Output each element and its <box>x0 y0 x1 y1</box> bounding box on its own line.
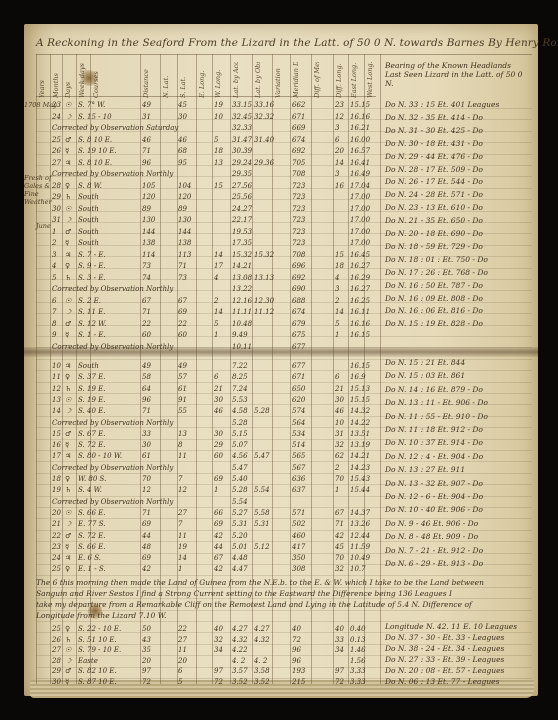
cell-nl: 30 <box>178 113 187 121</box>
cell-long: 16.16 <box>350 320 370 328</box>
cell-long: 15.43 <box>350 475 370 483</box>
cell-course: S. 8 10 E. <box>78 159 112 167</box>
cell-lato: 32.32 <box>254 113 274 121</box>
cell-nl: 95 <box>178 159 187 167</box>
cell-dl: 16 <box>335 182 344 190</box>
cell-dist: 12 <box>142 486 151 494</box>
cell-wl: 10 <box>214 113 223 121</box>
cell-md: 708 <box>292 170 305 178</box>
cell-wl: 1 <box>214 486 218 494</box>
cell-dist: 33 <box>142 430 151 438</box>
log-row: 25♂S. 8 10 E.4646531.4731.40674616.00 <box>36 136 380 147</box>
log-row: 27♃S. 8 10 E.96951329.2429.367051416.41 <box>36 159 380 170</box>
cell-long: 16.27 <box>350 285 370 293</box>
cell-dl: 14 <box>335 308 344 316</box>
cell-wl: 46 <box>214 407 223 415</box>
bearing-entry: Do N. 23 - 13 Et. 610 - Do <box>385 203 483 212</box>
correction-row: Corrected by Observation Northly5.54 <box>36 498 380 509</box>
cell-wl: 21 <box>214 385 223 393</box>
cell-long: 13.51 <box>350 430 370 438</box>
cell-long: 17.00 <box>350 193 370 201</box>
cell-lato: 31.40 <box>254 136 274 144</box>
cell-lat: 4.27 <box>232 625 248 633</box>
cell-course: S. 19 E. <box>78 396 105 404</box>
bearing-entry: Longitude N. 42. 11 E. 10 Leagues <box>385 622 517 631</box>
log-row: 28♀S. 8 W.1051041527.567231617.04 <box>36 182 380 193</box>
log-row: 28☽Easte20204. 24. 2961.56 <box>36 657 380 668</box>
bearing-entry: Do N. 15 : 19 Et. 828 - Do <box>385 319 483 328</box>
cell-course: S. 4 W. <box>78 486 102 494</box>
cell-dist: 58 <box>142 373 151 381</box>
cell-lato: 12.30 <box>254 297 274 305</box>
cell-dist: 114 <box>142 251 155 259</box>
cell-lato: 11.12 <box>254 308 274 316</box>
cell-wd: ♂ <box>65 320 71 328</box>
column-header: Meridian Distance <box>292 62 310 98</box>
bearing-entry: Do N. 38 - 24 - Et. 34 - Leagues <box>385 644 504 653</box>
cell-md: 723 <box>292 228 305 236</box>
bearing-entry: Do N. 11 : 55 - Et. 910 - Do <box>385 412 488 421</box>
cell-day: 30 <box>52 205 61 213</box>
cell-dl: 45 <box>335 543 344 551</box>
cell-day: 2 <box>52 239 56 247</box>
cell-dl: 2 <box>335 297 339 305</box>
cell-day: 31 <box>52 216 61 224</box>
cell-nl: 11 <box>178 646 187 654</box>
column-header: Distance <box>142 62 159 98</box>
bearing-entry: Do N. 29 - 44 Et. 476 - Do <box>385 152 483 161</box>
cell-wd: ☽ <box>65 657 71 665</box>
cell-dist: 22 <box>142 320 151 328</box>
cell-lat: 32.33 <box>232 124 252 132</box>
cell-md: 460 <box>292 532 305 540</box>
cell-day: 12 <box>52 385 61 393</box>
cell-lato: 5.58 <box>254 509 270 517</box>
cell-day: 25 <box>52 136 61 144</box>
cell-lat: 5.54 <box>232 498 248 506</box>
bearing-entry: Do N. 26 - 17 Et. 544 - Do <box>385 177 483 186</box>
bearing-entry: Do N. 33 : 15 Et. 401 Leagues <box>385 100 499 109</box>
cell-dist: 96 <box>142 396 151 404</box>
cell-long: 16.41 <box>350 159 370 167</box>
cell-course: S. 72 E. <box>78 532 105 540</box>
bearing-entry: Do N. 6 - 29 - Et. 913 - Do <box>385 559 483 568</box>
cell-course: S. 11 E. <box>78 308 105 316</box>
cell-long: 16.45 <box>350 251 370 259</box>
column-header: Lat. by Account <box>232 62 251 98</box>
cell-md: 688 <box>292 297 305 305</box>
cell-long: 16.11 <box>350 308 370 316</box>
cell-dist: 30 <box>142 441 151 449</box>
cell-dl: 3 <box>335 285 339 293</box>
cell-day: 18 <box>52 475 61 483</box>
cell-lat: 25.56 <box>232 193 252 201</box>
cell-md: 692 <box>292 274 305 282</box>
cell-lat: 12.16 <box>232 297 252 305</box>
cell-lato: 15.32 <box>254 251 274 259</box>
bearing-entry: Do N. 21 - 35 Et. 650 - Do <box>385 216 483 225</box>
cell-md: 677 <box>292 343 305 351</box>
cell-wl: 2 <box>214 297 218 305</box>
cell-nl: 11 <box>178 532 187 540</box>
cell-dl: 6 <box>335 373 339 381</box>
column-header: Months <box>52 62 61 98</box>
log-row: 22♂S. 72 E.4411425.204604212.44 <box>36 532 380 543</box>
cell-dist: 60 <box>142 331 151 339</box>
cell-dist: 71 <box>142 308 151 316</box>
cell-md: 215 <box>292 678 305 686</box>
cell-wl: 97 <box>214 667 223 675</box>
cell-long: 16.00 <box>350 136 370 144</box>
bearing-entry: Do N. 32 - 35 Et. 414 - Do <box>385 113 483 122</box>
cell-md: 677 <box>292 362 305 370</box>
cell-day: 19 <box>52 486 61 494</box>
log-row: 30☉South898924.2772317.00 <box>36 205 380 216</box>
correction-note: Corrected by Observation Northly <box>52 285 173 293</box>
correction-note: Corrected by Observation Northly <box>52 170 173 178</box>
column-header: Courses <box>92 62 139 98</box>
cell-wd: ☿ <box>65 441 69 449</box>
cell-day: 26 <box>52 636 61 644</box>
bearing-entry: Do N. 8 - 48 Et. 909 - Do <box>385 532 478 541</box>
cell-wd: ☽ <box>65 113 71 121</box>
correction-row: Corrected by Observation Northly10.11677 <box>36 343 380 354</box>
cell-lat: 4.58 <box>232 407 248 415</box>
cell-dist: 43 <box>142 636 151 644</box>
cell-course: E. 77 S. <box>78 520 105 528</box>
cell-md: 674 <box>292 308 305 316</box>
log-row: 9☿S. 1 - E.606019.49675116.15 <box>36 331 380 342</box>
cell-nl: 11 <box>178 452 187 460</box>
cell-lat: 3.57 <box>232 667 248 675</box>
cell-lato: 4.32 <box>254 636 270 644</box>
cell-lato: 3.58 <box>254 667 270 675</box>
cell-lat: 5.27 <box>232 509 248 517</box>
bearing-entry: Do N. 16 : 06 Et. 816 - Do <box>385 306 483 315</box>
cell-nl: 22 <box>178 625 187 633</box>
narrative-line: Longitude from the Lizard 7.10 W. <box>36 611 166 620</box>
cell-nl: 8 <box>178 441 182 449</box>
cell-lat: 29.24 <box>232 159 252 167</box>
cell-dist: 48 <box>142 543 151 551</box>
cell-long: 15.15 <box>350 396 370 404</box>
bearing-entry: Do N. 17 : 26 : Et. 768 - Do <box>385 268 488 277</box>
cell-lat: 4. 2 <box>232 657 245 665</box>
cell-md: 723 <box>292 205 305 213</box>
cell-lato: 5.12 <box>254 543 270 551</box>
cell-lato: 33.16 <box>254 101 274 109</box>
log-row: 27☉S. 79 - 10 E.3511344.2296341.46 <box>36 646 380 657</box>
cell-dl: 30 <box>335 396 344 404</box>
cell-course: S. 80 - 10 W. <box>78 452 122 460</box>
bearing-entry: Do N. 13 - 32 Et. 907 - Do <box>385 479 483 488</box>
cell-wd: ♄ <box>65 486 71 494</box>
cell-dl: 31 <box>335 430 344 438</box>
cell-dist: 44 <box>142 532 151 540</box>
cell-wl: 14 <box>214 308 223 316</box>
correction-row: Corrected by Observation Northly13.22690… <box>36 285 380 296</box>
cell-wd: ♄ <box>65 193 71 201</box>
correction-note: Corrected by Observation Saturday <box>52 124 178 132</box>
bearing-entry: Do N. 12 : 4 - Et. 904 - Do <box>385 452 483 461</box>
cell-wd: ♀ <box>65 475 70 483</box>
bearings-header: Bearing of the Known Headlands Last Seen… <box>385 61 525 88</box>
cell-nl: 71 <box>178 262 187 270</box>
cell-day: 21 <box>52 520 61 528</box>
cell-day: 1 <box>52 228 56 236</box>
bearing-entry: Do N. 7 - 21 - Et. 912 - Do <box>385 546 483 555</box>
cell-md: 534 <box>292 430 305 438</box>
cell-nl: 67 <box>178 297 187 305</box>
cell-lato: 4. 2 <box>254 657 267 665</box>
cell-lat: 31.47 <box>232 136 252 144</box>
cell-wl: 30 <box>214 430 223 438</box>
cell-md: 96 <box>292 657 301 665</box>
cell-wd: ♃ <box>65 452 71 460</box>
cell-nl: 61 <box>178 385 187 393</box>
cell-nl: 68 <box>178 147 187 155</box>
cell-course: S. 9 - E. <box>78 262 106 270</box>
cell-nl: 73 <box>178 274 187 282</box>
log-row: 25♀E. 1 - S.421424.473083210.7 <box>36 565 380 576</box>
cell-wd: ☉ <box>65 297 71 305</box>
cell-wl: 13 <box>214 159 223 167</box>
cell-md: 637 <box>292 486 305 494</box>
cell-lat: 27.56 <box>232 182 252 190</box>
cell-dist: 31 <box>142 113 151 121</box>
cell-day: 23 <box>52 101 61 109</box>
cell-course: S. 7 - E. <box>78 251 106 259</box>
cell-md: 708 <box>292 251 305 259</box>
cell-md: 574 <box>292 407 305 415</box>
cell-nl: 89 <box>178 205 187 213</box>
cell-course: E. 1 - S. <box>78 565 106 573</box>
cell-dist: 49 <box>142 101 151 109</box>
cell-md: 502 <box>292 520 305 528</box>
cell-day: 16 <box>52 441 61 449</box>
log-row: 24☽S. 15 - 1031301032.4532.326711216.16 <box>36 113 380 124</box>
cell-lat: 5.15 <box>232 430 248 438</box>
cell-wl: 69 <box>214 475 223 483</box>
cell-wl: 60 <box>214 452 223 460</box>
cell-dl: 46 <box>335 407 344 415</box>
bearing-entry: Do N. 06 : 13 Et. 77 - Leagues <box>385 677 499 686</box>
cell-nl: 138 <box>178 239 191 247</box>
cell-lat: 5.20 <box>232 532 248 540</box>
cell-nl: 130 <box>178 216 191 224</box>
bearing-entry: Do N. 27 : 33 - Et. 39 - Leagues <box>385 655 504 664</box>
cell-md: 72 <box>292 636 301 644</box>
cell-lat: 5.40 <box>232 475 248 483</box>
log-row: 13☉S. 19 E.9691305.536203015.15 <box>36 396 380 407</box>
log-row: 1♂South14414419.5372317.00 <box>36 228 380 239</box>
cell-dist: 74 <box>142 274 151 282</box>
cell-day: 22 <box>52 532 61 540</box>
cell-wd: ☽ <box>65 216 71 224</box>
cell-dist: 71 <box>142 147 151 155</box>
cell-day: 29 <box>52 667 61 675</box>
cell-md: 662 <box>292 101 305 109</box>
cell-dl: 5 <box>335 320 339 328</box>
cell-dist: 69 <box>142 554 151 562</box>
cell-md: 514 <box>292 441 305 449</box>
cell-dist: 105 <box>142 182 155 190</box>
cell-wd: ♀ <box>65 262 70 270</box>
cell-wl: 29 <box>214 441 223 449</box>
cell-long: 16.21 <box>350 124 370 132</box>
column-header: Week days <box>78 62 89 98</box>
cell-lat: 5.31 <box>232 520 248 528</box>
cell-day: 24 <box>52 113 61 121</box>
cell-long: 10.49 <box>350 554 370 562</box>
cell-day: 17 <box>52 452 61 460</box>
column-header: East Long. <box>350 62 363 98</box>
cell-md: 696 <box>292 262 305 270</box>
bearing-entry: Do N. 24 - 28 Et. 571 - Do <box>385 190 483 199</box>
cell-dl: 3 <box>335 124 339 132</box>
cell-wl: 66 <box>214 509 223 517</box>
cell-wd: ☿ <box>65 543 69 551</box>
cell-course: S. 8 10 E. <box>78 136 112 144</box>
cell-md: 417 <box>292 543 305 551</box>
cell-lat: 14.21 <box>232 262 252 270</box>
bearing-entry: Do N. 28 - 17 Et. 509 - Do <box>385 165 483 174</box>
cell-dist: 72 <box>142 678 151 686</box>
cell-nl: 27 <box>178 636 187 644</box>
cell-dist: 97 <box>142 667 151 675</box>
log-row: 10♃South49497.2267716.15 <box>36 362 380 373</box>
cell-long: 1.46 <box>350 646 366 654</box>
cell-dist: 46 <box>142 136 151 144</box>
cell-lat: 11.11 <box>232 308 252 316</box>
log-row: 29♂S. 82 10 E.976973.573.58193973.33 <box>36 667 380 678</box>
cell-md: 620 <box>292 396 305 404</box>
cell-course: S. 72 E. <box>78 441 105 449</box>
cell-dl: 71 <box>335 520 344 528</box>
cell-course: South <box>78 193 99 201</box>
cell-long: 13.19 <box>350 441 370 449</box>
cell-lato: 29.36 <box>254 159 274 167</box>
cell-day: 27 <box>52 159 61 167</box>
cell-wl: 30 <box>214 396 223 404</box>
cell-lato: 13.13 <box>254 274 274 282</box>
cell-course: S. 51 10 E. <box>78 636 117 644</box>
cell-nl: 55 <box>178 407 187 415</box>
cell-dl: 70 <box>335 475 344 483</box>
cell-lato: 4.27 <box>254 625 270 633</box>
cell-wl: 17 <box>214 262 223 270</box>
cell-day: 27 <box>52 646 61 654</box>
cell-course: S. 40 E. <box>78 407 105 415</box>
cell-course: S. 3 - E. <box>78 274 106 282</box>
column-header: Diff. Long. <box>335 62 347 98</box>
cell-long: 14.22 <box>350 419 370 427</box>
cell-nl: 12 <box>178 486 187 494</box>
log-title: A Reckoning in the Seaford From the Liza… <box>36 37 526 49</box>
cell-dl: 72 <box>335 678 344 686</box>
cell-md: 565 <box>292 452 305 460</box>
cell-lat: 5.28 <box>232 419 248 427</box>
cell-course: Easte <box>78 657 98 665</box>
cell-long: 15.15 <box>350 101 370 109</box>
cell-dl: 12 <box>335 113 344 121</box>
cell-lat: 4.48 <box>232 554 248 562</box>
bearing-entry: Do N. 11 : 18 Et. 912 - Do <box>385 425 483 434</box>
cell-course: South <box>78 228 99 236</box>
cell-md: 564 <box>292 419 305 427</box>
correction-row: Corrected by Observation Saturday32.3366… <box>36 124 380 135</box>
cell-lat: 3.52 <box>232 678 248 686</box>
cell-wl: 32 <box>214 636 223 644</box>
cell-long: 14.37 <box>350 509 370 517</box>
cell-wd: ♃ <box>65 362 71 370</box>
log-row: 19♄S. 4 W.121215.285.54637115.44 <box>36 486 380 497</box>
cell-lat: 4.22 <box>232 646 248 654</box>
cell-day: 14 <box>52 407 61 415</box>
cell-long: 13.26 <box>350 520 370 528</box>
cell-course: S. 66 E. <box>78 509 105 517</box>
cell-wd: ♂ <box>65 430 71 438</box>
cell-wd: ☽ <box>65 308 71 316</box>
cell-long: 14.21 <box>350 452 370 460</box>
cell-dist: 69 <box>142 520 151 528</box>
log-row: 30☿S. 87 10 E.725723.523.52215723.33 <box>36 678 380 689</box>
cell-long: 0.13 <box>350 636 366 644</box>
cell-long: 16.15 <box>350 331 370 339</box>
bearing-entry: Do N. 12 - 6 - Et. 904 - Do <box>385 492 483 501</box>
cell-md: 723 <box>292 216 305 224</box>
row-rule <box>36 598 532 599</box>
cell-day: 25 <box>52 625 61 633</box>
cell-wl: 15 <box>214 182 223 190</box>
cell-md: 669 <box>292 124 305 132</box>
cell-course: S. 67 E. <box>78 430 105 438</box>
cell-wl: 1 <box>214 331 218 339</box>
cell-course: S. 82 10 E. <box>78 667 117 675</box>
cell-wl: 34 <box>214 646 223 654</box>
cell-dist: 138 <box>142 239 155 247</box>
cell-long: 14.23 <box>350 464 370 472</box>
cell-day: 28 <box>52 657 61 665</box>
log-row: 15♂S. 67 E.3313305.155343113.51 <box>36 430 380 441</box>
cell-nl: 5 <box>178 678 182 686</box>
cell-lat: 4.32 <box>232 636 248 644</box>
cell-dl: 14 <box>335 159 344 167</box>
bearing-entry: Do N. 15 : 21 Et. 844 <box>385 358 465 367</box>
cell-course: South <box>78 362 99 370</box>
cell-long: 1.56 <box>350 657 366 665</box>
cell-dl: 32 <box>335 565 344 573</box>
cell-wl: 67 <box>214 554 223 562</box>
cell-wd: ♂ <box>65 228 71 236</box>
cell-md: 674 <box>292 136 305 144</box>
cell-wd: ♃ <box>65 554 71 562</box>
cell-md: 567 <box>292 464 305 472</box>
cell-dist: 20 <box>142 657 151 665</box>
cell-wl: 72 <box>214 678 223 686</box>
cell-day: 13 <box>52 396 61 404</box>
cell-day: 10 <box>52 362 61 370</box>
cell-dl: 70 <box>335 554 344 562</box>
log-row: 17♃S. 80 - 10 W.6111604.565.475656214.21 <box>36 452 380 463</box>
bearing-entry: Do N. 18 : 01 : Et. 750 - Do <box>385 255 488 264</box>
log-row: 20☉S. 66 E.7127665.275.585716714.37 <box>36 509 380 520</box>
cell-lato: 5.31 <box>254 520 270 528</box>
cell-dist: 61 <box>142 452 151 460</box>
cell-lat: 5.01 <box>232 543 248 551</box>
cell-lat: 4.47 <box>232 565 248 573</box>
cell-nl: 22 <box>178 320 187 328</box>
